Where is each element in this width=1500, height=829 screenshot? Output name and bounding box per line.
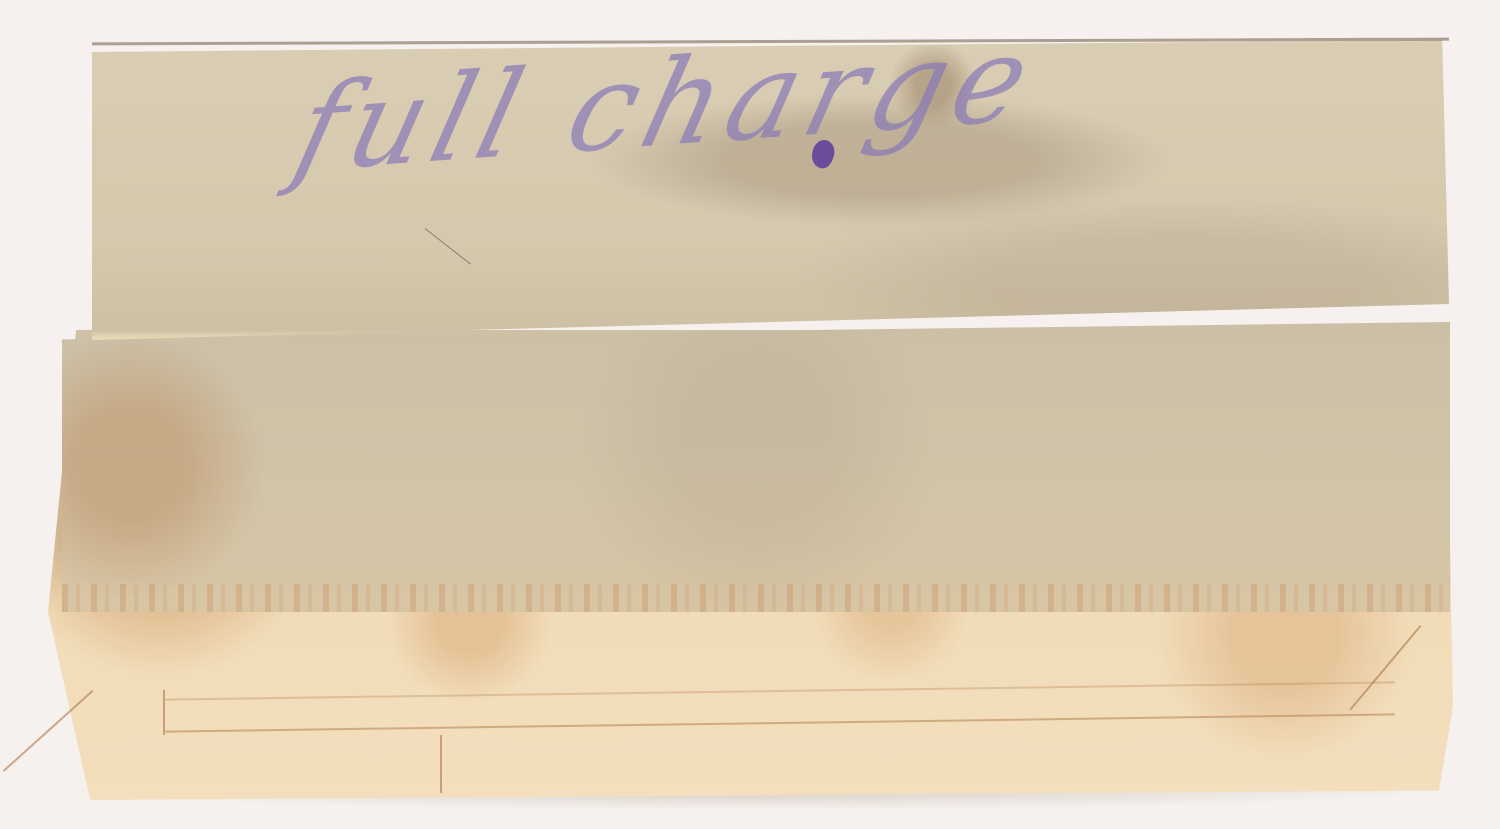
photo-scene: full charge [0,0,1500,829]
corner-flap-fold [440,735,442,793]
box-tray-panel [62,322,1450,612]
corner-flap-fold [163,690,165,735]
cardboard-box: full charge [0,0,1500,829]
